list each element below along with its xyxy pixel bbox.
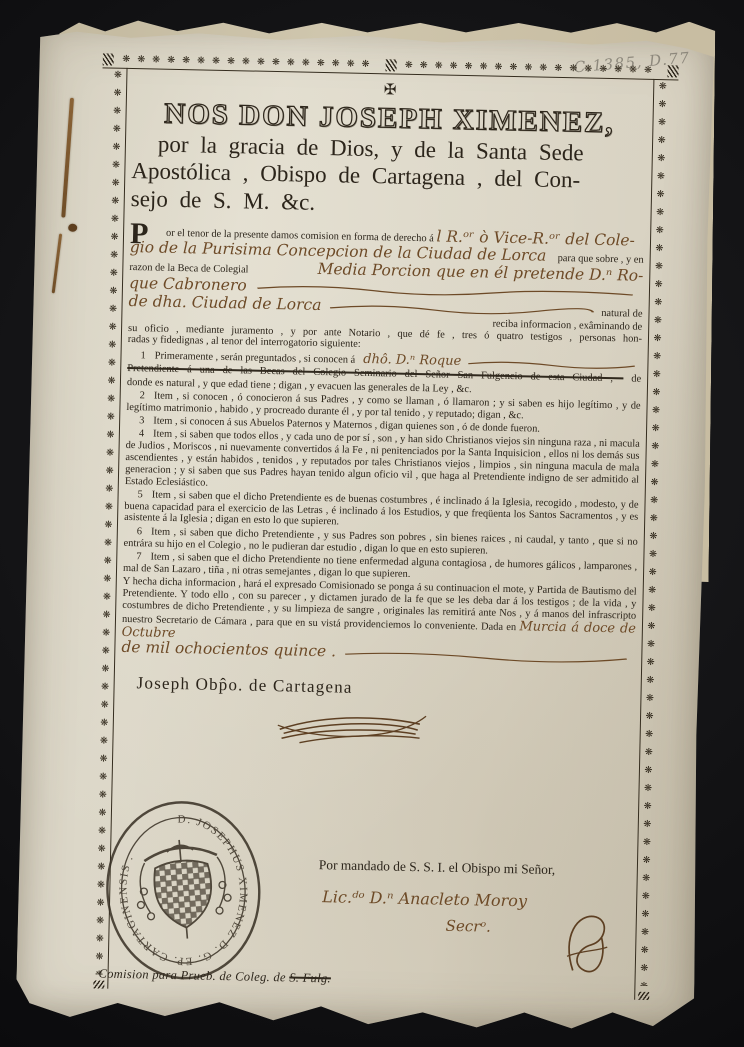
binding-thread [52, 234, 62, 294]
binding-knot [68, 224, 77, 232]
rubric-flourish-icon [267, 701, 440, 749]
coat-of-arms [132, 836, 234, 943]
bishop-signature: Joseph Obp̂o. de Cartagena [136, 673, 634, 704]
secretary-rubric-icon [557, 906, 614, 979]
secretary-block: Por mandado de S. S. I. el Obispo mi Señ… [317, 857, 625, 938]
episcopal-seal: D. JOSEPHUS XIMENEZ D. G. EP. CARTAGINEN… [95, 792, 272, 989]
corner-hatch-icon [638, 992, 649, 1000]
flourish-line-icon [340, 647, 631, 664]
binding-thread [61, 98, 74, 218]
printed-text-block: ✠ NOS DON JOSEPH XIMENEZ, por la gracia … [119, 75, 647, 757]
corner-hatch-icon [667, 65, 678, 77]
strikethrough-text: S. Fulg. [289, 970, 331, 985]
ornament-row: ❋❋❋❋❋❋❋❋❋❋❋❋❋❋❋❋❋ [396, 60, 668, 77]
flourish-line-icon [325, 300, 597, 317]
commission-paragraph: P or el tenor de la presente damos comis… [128, 222, 644, 357]
flourish-line-icon [465, 357, 637, 372]
corner-hatch-icon [93, 980, 104, 988]
bishop-rubric [267, 701, 634, 758]
printed-natural-de: natural de [601, 308, 643, 321]
paper-sheet: C.1385, D.77 ❋❋❋❋❋❋❋❋❋❋❋❋❋❋❋❋❋ ❋❋❋❋❋❋❋❋❋… [16, 27, 715, 1033]
drop-cap: P [130, 219, 149, 249]
ornament-row: ❋❋❋❋❋❋❋❋❋❋❋❋❋❋❋❋❋ [114, 54, 386, 71]
manuscript-insert-roque: dhô. D.ⁿ Roque [363, 353, 461, 369]
photograph-background: { "ref_code": "C.1385, D.77", "ornament"… [0, 0, 744, 1047]
divider-hatch-icon [385, 59, 396, 71]
interrogatory-item-4: 4Item , si saben que todos ellos , y cad… [125, 428, 640, 498]
corner-hatch-icon [103, 53, 114, 65]
